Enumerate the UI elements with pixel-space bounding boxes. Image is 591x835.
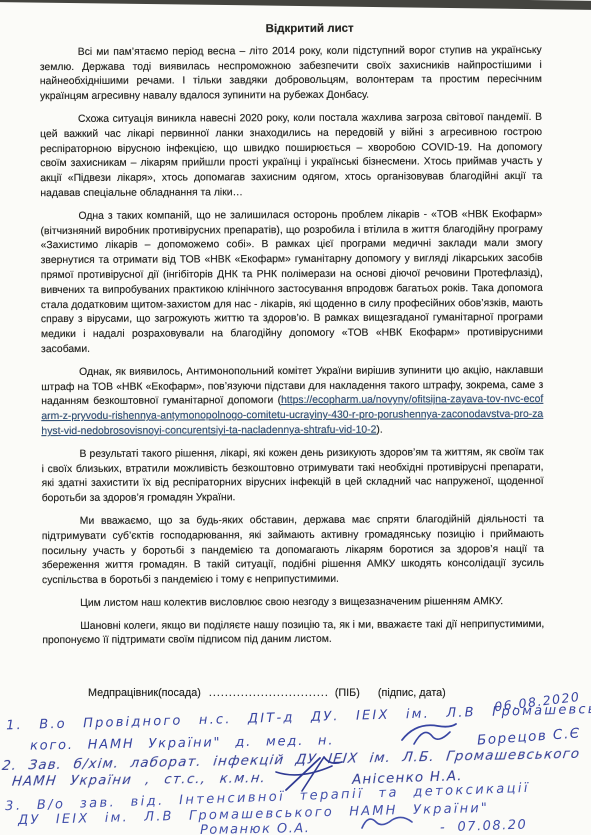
sign-date-placeholder-label: (підпис, дата) (378, 687, 446, 699)
paragraph-1: Всі ми пам’ятаємо період весна – літо 20… (40, 44, 542, 105)
signature-template-row: Медпрацівник(посада)....................… (88, 687, 548, 699)
handwritten-date-2: - 07.08.20 (440, 817, 528, 835)
signature-flourish-icon (358, 812, 416, 834)
signer-role-label: Медпрацівник(посада) (88, 687, 201, 699)
letter-title: Відкритий лист (40, 21, 542, 38)
handwritten-entry3-line1: 3. В/о зав. від. Інтенсивної терапії та … (5, 781, 530, 814)
handwritten-entry1-signature: Борецов С.Є (477, 725, 582, 748)
paragraph-5: В результаті такого рішення, лікарі, які… (41, 446, 543, 507)
paragraph-2: Схожа ситуація виникла навесні 2020 року… (40, 111, 542, 202)
handwritten-entry1-line2: кого. НАМН України" д. мед. н. (30, 733, 334, 753)
paragraph-3: Одна з таких компаній, що не залишилася … (40, 208, 543, 358)
paragraph-4: Однак, як виявилось, Антимонопольний ком… (41, 364, 543, 440)
signature-flourish-icon (272, 756, 348, 792)
paragraph-7: Цим листом наш колектив висловлює свою н… (42, 595, 544, 612)
handwritten-entry1-line1: 1. В.о Провідного н.с. ДІТ-д ДУ. ІЕІХ ім… (6, 702, 591, 734)
open-letter-document: Відкритий лист Всі ми пам’ятаємо період … (40, 21, 545, 657)
dotted-fill-line: .............................. (209, 687, 329, 699)
scanned-open-letter-page: Відкритий лист Всі ми пам’ятаємо період … (0, 0, 591, 835)
handwritten-entry3-line2: ДУ ІЕІХ ім. Л.В Громашевського НАМН Укра… (18, 801, 489, 828)
handwritten-entry3-signature: Романюк О.А. (200, 821, 311, 835)
paragraph-6: Ми вважаємо, що за будь-яких обставин, д… (42, 513, 544, 589)
paragraph-4-text-after-link: ). (376, 425, 382, 436)
scan-top-edge (0, 0, 591, 10)
signature-flourish-icon (398, 720, 460, 746)
handwritten-entry2-signature: Анісенко Н.А. (352, 768, 463, 788)
handwritten-entry2-line2: НАМН України , ст.с., к.м.н. (11, 771, 267, 790)
name-placeholder-label: (ПІБ) (335, 687, 360, 699)
handwritten-entry2-line1: 2. Зав. б/хім. лаборат. інфекцій ДУ ІЕІХ… (1, 746, 581, 774)
paragraph-8: Шановні колеги, якщо ви поділяєте нашу п… (42, 618, 544, 650)
